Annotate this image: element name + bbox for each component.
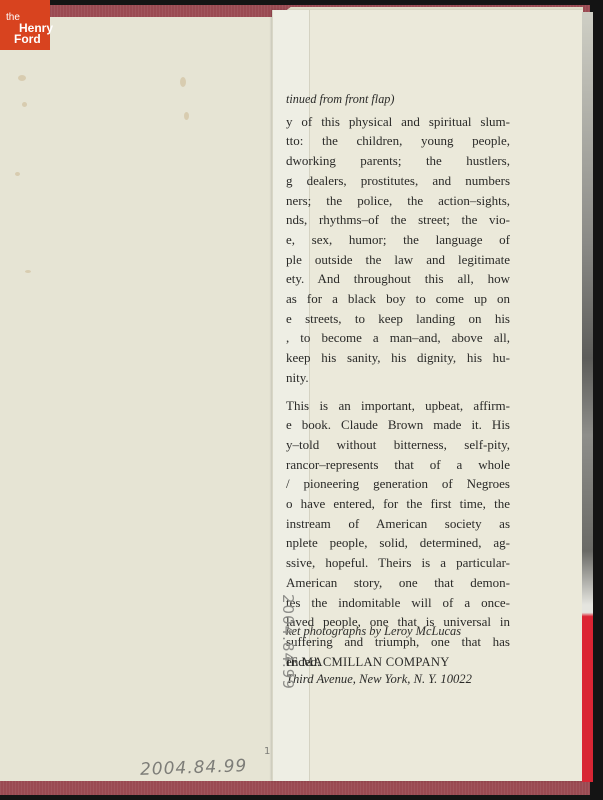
logo-text-ford: Ford xyxy=(14,33,41,45)
accession-number-vertical: 2004.84.99 xyxy=(279,594,297,690)
text-line: nity. xyxy=(286,368,510,388)
text-line: nplete people, solid, determined, ag- xyxy=(286,533,510,553)
text-line: / pioneering generation of Negroes xyxy=(286,474,510,494)
text-line: g dealers, prostitutes, and numbers xyxy=(286,171,510,191)
foxing-stain xyxy=(15,172,20,176)
text-line: e streets, to keep landing on his xyxy=(286,309,510,329)
text-line: American story, one that demon- xyxy=(286,573,510,593)
text-line: ssive, hopeful. Theirs is a particular- xyxy=(286,553,510,573)
publisher-name: IE MACMILLAN COMPANY xyxy=(286,655,450,670)
continued-heading: tinued from front flap) xyxy=(286,90,510,110)
text-line: e book. Claude Brown made it. His xyxy=(286,415,510,435)
henry-ford-logo: the Henry Ford xyxy=(0,0,50,50)
text-line: tto: the children, young people, xyxy=(286,131,510,151)
foxing-stain xyxy=(25,270,31,273)
accession-superscript: 1 xyxy=(264,746,270,757)
text-line: keep his sanity, his dignity, his hu- xyxy=(286,348,510,368)
accession-number-bottom: 2004.84.99 xyxy=(140,756,248,780)
publisher-address: Third Avenue, New York, N. Y. 10022 xyxy=(286,672,472,687)
logo-text-the: the xyxy=(6,13,20,23)
text-line: y–told without bitterness, self-pity, xyxy=(286,435,510,455)
photo-credit: ket photographs by Leroy McLucas xyxy=(286,624,461,639)
foxing-stain xyxy=(180,77,186,87)
text-line: , to become a man–and, above all, xyxy=(286,328,510,348)
foxing-stain xyxy=(184,112,189,120)
foxing-stain xyxy=(18,75,26,81)
text-line: as for a black boy to come up on xyxy=(286,289,510,309)
text-line: e, sex, humor; the language of xyxy=(286,230,510,250)
paragraph-1: y of this physical and spiritual slum-tt… xyxy=(286,112,510,388)
text-line: ety. And throughout this all, how xyxy=(286,269,510,289)
foxing-stain xyxy=(22,102,27,107)
flap-text: tinued from front flap) y of this physic… xyxy=(286,90,510,671)
text-line: nds, rhythms–of the street; the vio- xyxy=(286,210,510,230)
text-line: o have entered, for the first time, the xyxy=(286,494,510,514)
text-line: ple outside the law and legitimate xyxy=(286,250,510,270)
text-line: y of this physical and spiritual slum- xyxy=(286,112,510,132)
text-line: tes the indomitable will of a once- xyxy=(286,593,510,613)
text-line: instream of American society as xyxy=(286,514,510,534)
text-line: rancor–represents that of a whole xyxy=(286,455,510,475)
text-line: ners; the police, the action–sights, xyxy=(286,191,510,211)
text-line: dworking parents; the hustlers, xyxy=(286,151,510,171)
text-line: This is an important, upbeat, affirm- xyxy=(286,396,510,416)
jacket-spine-edge xyxy=(582,12,593,782)
